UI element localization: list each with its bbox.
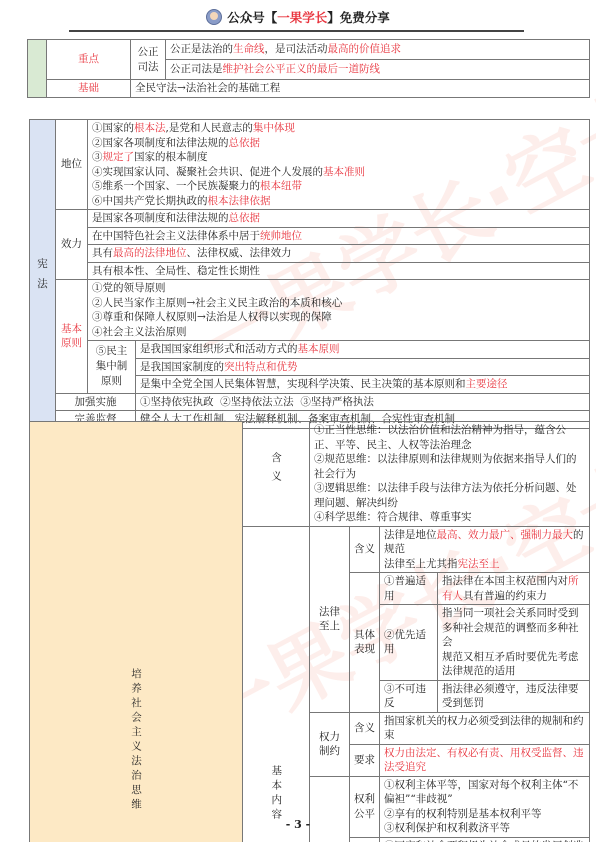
xiaoli-row: 是国家各项制度和法律法规的总依据 (88, 210, 590, 228)
biaoxian-text: 指法律在本国主权范围内对所有人具有普遍的约束力 (438, 573, 590, 605)
list-item: ④实现国家认同、凝聚社会共识、促进个人发展的基本准则 (92, 165, 585, 180)
hanyi-items: ①正当性思维：以法治价值和法治精神为指导，蕴含公正、平等、民主、人权等法治理念 … (310, 422, 590, 527)
header-suffix: 】免费分享 (327, 8, 390, 26)
zhongdian-row-2: 公正司法是维护社会公平正义的最后一道防线 (166, 60, 590, 80)
hanyi-label: 含义 (243, 422, 310, 527)
jichu-label: 基础 (47, 80, 131, 98)
xiaoli-label: 效力 (56, 210, 88, 280)
falv-hanyi-text: 法律是地位最高、效力最广、强制力最大的规范 法律至上尤其指宪法至上 (380, 526, 590, 573)
zhongdian-row-1: 公正是法治的生命线，是司法活动最高的价值追求 (166, 40, 590, 60)
header-divider (69, 30, 524, 32)
biaoxian-text: 指法律必须遵守，违反法律要受到惩罚 (438, 680, 590, 712)
top-table: 重点 公正司法 公正是法治的生命线，是司法活动最高的价值追求 公正司法是维护社会… (27, 39, 590, 98)
avatar-icon (206, 9, 222, 25)
biaoxian-label: 具体表现 (350, 573, 380, 713)
list-item: ②国家各项制度和法律法规的总依据 (92, 136, 585, 151)
xiaoli-row: 具有根本性、全局性、稳定性长期性 (88, 262, 590, 280)
yuanze-item: ④社会主义法治原则 (92, 325, 585, 340)
jiben-neirong-label: 基本内容 (243, 526, 310, 842)
list-item: ⑥中国共产党长期执政的根本法律依据 (92, 194, 585, 209)
yuanze-item: ①党的领导原则 (92, 281, 585, 296)
header-prefix: 公众号【 (227, 8, 277, 26)
siwei-label: 培养社会主义法治思维 (30, 422, 243, 842)
jiaqiang-label: 加强实施 (56, 393, 136, 411)
biaoxian-name: ①普遍适用 (380, 573, 438, 605)
diwei-items: ①国家的根本法,是党和人民意志的集中体现②国家各项制度和法律法规的总依据③规定了… (88, 120, 590, 210)
hanyi-item: ②规范思维：以法律原则和法律规则为依据来指导人们的社会行为 (314, 452, 585, 481)
zhiyue-row-text: 指国家机关的权力必须受到法律的规制和约束 (380, 712, 590, 744)
header-brand: 一果学长 (277, 8, 327, 26)
xianfa-label: 宪法 (30, 120, 56, 429)
jichu-text: 全民守法→法治社会的基础工程 (131, 80, 590, 98)
yuanze-items: ①党的领导原则 ②人民当家作主原则→社会主义民主政治的本质和核心 ③尊重和保障人… (88, 280, 590, 341)
minzhu-row: 是我国国家制度的突出特点和优势 (136, 358, 590, 376)
biaoxian-text: 指当同一项社会关系同时受到多种社会规范的调整而多种社会规范又相互矛盾时要优先考虑… (438, 605, 590, 681)
gongping-zhengyi-label: 公平正义 (310, 776, 350, 842)
text-line: 法律至上尤其指宪法至上 (384, 557, 585, 572)
biaoxian-name: ②优先适用 (380, 605, 438, 681)
text-line: 法律是地位最高、效力最广、强制力最大的规范 (384, 528, 585, 557)
category-cell (28, 40, 47, 98)
page-number: - 3 - (0, 818, 596, 831)
gongping-row-text: ①国家和社会要积极为社会成员的发展创造条件，并努力创造平等的起点 ②社会成员的发… (380, 837, 590, 842)
list-item: ③规定了国家的根本制度 (92, 150, 585, 165)
biaoxian-name: ③不可违反 (380, 680, 438, 712)
gongping-row-name: 机会公平 (350, 837, 380, 842)
xianfa-table: 宪法 地位 ①国家的根本法,是党和人民意志的集中体现②国家各项制度和法律法规的总… (29, 119, 590, 429)
xiaoli-row: 具有最高的法律地位、法律权威、法律效力 (88, 245, 590, 263)
jiaqiang-text: ①坚持依宪执政 ②坚持依法立法 ③坚持严格执法 (136, 393, 590, 411)
list-item: ⑤维系一个国家、一个民族凝聚力的根本纽带 (92, 179, 585, 194)
zhiyue-row-text: 权力由法定、有权必有责、用权受监督、违法受追究 (380, 744, 590, 776)
page-header: 公众号【一果学长】免费分享 (0, 4, 596, 30)
zhongdian-label: 重点 (47, 40, 131, 80)
minzhu-row: 是集中全党全国人民集体智慧，实现科学决策、民主决策的基本原则和主要途径 (136, 376, 590, 394)
hanyi-item: ③逻辑思维：以法律手段与法律方法为依托分析问题、处理问题、解决纠纷 (314, 481, 585, 510)
yuanze-item: ②人民当家作主原则→社会主义民主政治的本质和核心 (92, 296, 585, 311)
minzhu-jizhong-label: ⑤民主集中制原则 (88, 341, 136, 394)
gongzheng-sifa-label: 公正司法 (131, 40, 166, 80)
yuanze-item: ③尊重和保障人权原则→法治是人权得以实现的保障 (92, 310, 585, 325)
hanyi-item: ①正当性思维：以法治价值和法治精神为指导，蕴含公正、平等、民主、人权等法治理念 (314, 423, 585, 452)
falv-zhishang-label: 法律至上 (310, 526, 350, 712)
zhiyue-row-name: 要求 (350, 744, 380, 776)
siwei-table: 培养社会主义法治思维 含义 ①正当性思维：以法治价值和法治精神为指导，蕴含公正、… (29, 421, 590, 842)
hanyi-item: ④科学思维：符合规律、尊重事实 (314, 510, 585, 525)
jiben-yuanze-label: 基本原则 (56, 280, 88, 394)
list-item: ①国家的根本法,是党和人民意志的集中体现 (92, 121, 585, 136)
minzhu-row: 是我国国家组织形式和活动方式的基本原则 (136, 341, 590, 359)
diwei-label: 地位 (56, 120, 88, 210)
zhiyue-row-name: 含义 (350, 712, 380, 744)
quanli-zhiyue-label: 权力制约 (310, 712, 350, 776)
falv-hanyi-label: 含义 (350, 526, 380, 573)
xiaoli-row: 在中国特色社会主义法律体系中居于统帅地位 (88, 227, 590, 245)
